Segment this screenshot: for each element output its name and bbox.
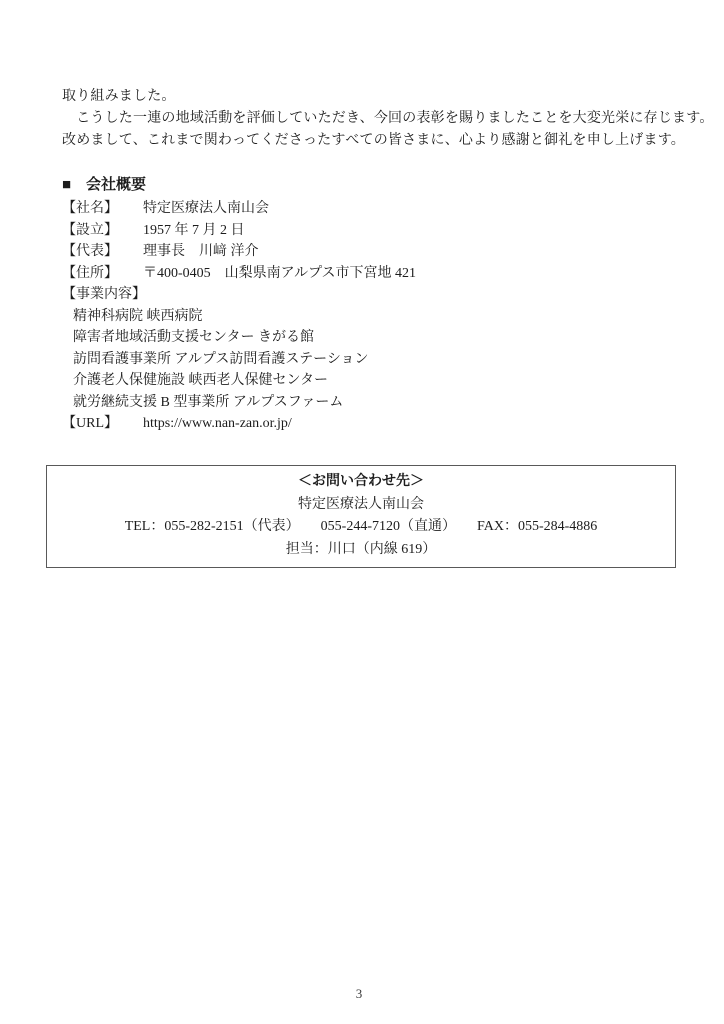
business-item-health-center: 介護老人保健施設 峡西老人保健センター (73, 370, 662, 392)
contact-box-title: ＜お問い合わせ先＞ (298, 471, 424, 494)
contact-box: ＜お問い合わせ先＞ 特定医療法人南山会 TEL：055-282-2151（代表）… (46, 465, 676, 568)
field-row-company-name: 【社名】 特定医療法人南山会 (62, 198, 662, 220)
page-number: 3 (0, 986, 718, 1002)
field-label-company-name: 【社名】 (62, 198, 143, 220)
company-overview-section: 【社名】 特定医療法人南山会 【設立】 1957 年 7 月 2 日 【代表】 … (62, 198, 662, 435)
business-item-nursing-station: 訪問看護事業所 アルプス訪問看護ステーション (73, 349, 662, 371)
contact-organization: 特定医療法人南山会 (298, 494, 424, 517)
field-label-representative: 【代表】 (62, 241, 143, 263)
field-label-founded: 【設立】 (62, 220, 143, 242)
field-value-company-name: 特定医療法人南山会 (143, 198, 269, 220)
intro-paragraph: 取り組みました。 こうした一連の地域活動を評価していただき、今回の表彰を賜りまし… (62, 86, 662, 152)
business-content-label: 【事業内容】 (62, 284, 662, 306)
field-value-founded: 1957 年 7 月 2 日 (143, 220, 245, 242)
field-row-representative: 【代表】 理事長 川﨑 洋介 (62, 241, 662, 263)
business-item-hospital: 精神科病院 峡西病院 (73, 306, 662, 328)
contact-person-line: 担当：川口（内線 619） (286, 539, 437, 562)
field-value-address: 〒400-0405 山梨県南アルプス市下宮地 421 (143, 263, 416, 285)
field-label-url: 【URL】 (62, 413, 143, 435)
intro-line-2: こうした一連の地域活動を評価していただき、今回の表彰を賜りましたことを大変光栄に… (62, 108, 662, 130)
field-row-address: 【住所】 〒400-0405 山梨県南アルプス市下宮地 421 (62, 263, 662, 285)
field-value-url: https://www.nan-zan.or.jp/ (143, 413, 292, 435)
intro-line-1: 取り組みました。 (62, 86, 662, 108)
field-value-representative: 理事長 川﨑 洋介 (143, 241, 259, 263)
document-page: 取り組みました。 こうした一連の地域活動を評価していただき、今回の表彰を賜りまし… (0, 0, 724, 1024)
field-row-founded: 【設立】 1957 年 7 月 2 日 (62, 220, 662, 242)
intro-line-3: 改めまして、これまで関わってくださったすべての皆さまに、心より感謝と御礼を申し上… (62, 130, 662, 152)
company-overview-heading: ■ 会社概要 (62, 174, 662, 196)
contact-tel-fax-line: TEL：055-282-2151（代表） 055-244-7120（直通） FA… (125, 516, 598, 539)
field-row-url: 【URL】 https://www.nan-zan.or.jp/ (62, 413, 662, 435)
field-label-address: 【住所】 (62, 263, 143, 285)
business-item-farm: 就労継続支援 B 型事業所 アルプスファーム (73, 392, 662, 414)
business-item-support-center: 障害者地域活動支援センター きがる館 (73, 327, 662, 349)
